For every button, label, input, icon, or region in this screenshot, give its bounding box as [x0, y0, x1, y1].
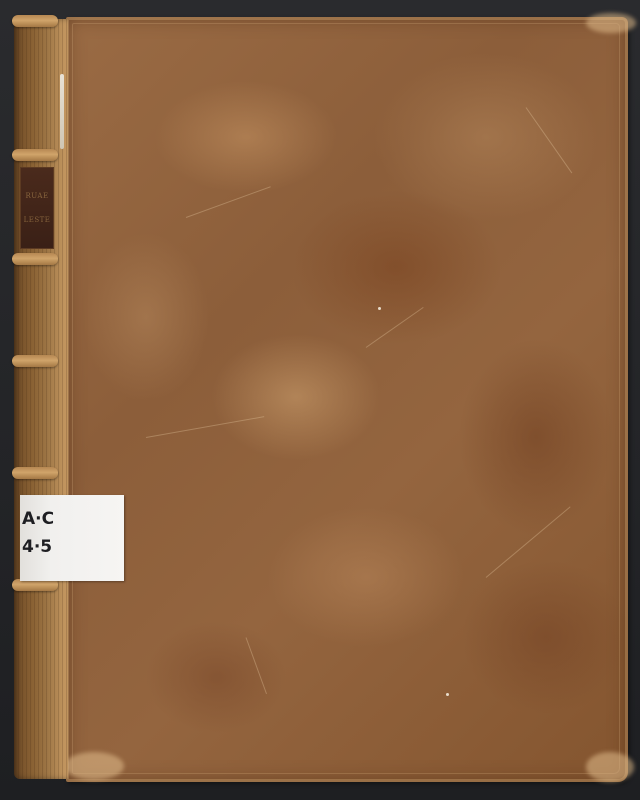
spine-band — [12, 149, 58, 161]
surface-pit — [446, 693, 449, 696]
front-cover — [66, 17, 628, 782]
spine-title-line: LESTE — [24, 216, 51, 224]
spine-title-label: RUAE LESTE — [20, 167, 54, 249]
corner-wear — [586, 752, 634, 782]
book: RUAE LESTE A·C 4·5 — [12, 17, 628, 782]
spine-band — [12, 355, 58, 367]
scratch-mark — [486, 506, 571, 577]
corner-wear — [64, 752, 124, 780]
scratch-mark — [146, 416, 264, 438]
shelf-mark-label: A·C 4·5 — [20, 495, 124, 581]
spine-title-line: RUAE — [25, 192, 48, 200]
spine: RUAE LESTE — [14, 19, 68, 779]
scratch-mark — [526, 107, 573, 173]
hinge-crack — [60, 74, 64, 149]
spine-band — [12, 15, 58, 27]
corner-wear — [586, 13, 636, 33]
scratch-mark — [186, 186, 271, 218]
scratch-mark — [246, 637, 267, 694]
shelf-mark-text: A·C 4·5 — [22, 505, 54, 561]
spine-band — [12, 253, 58, 265]
spine-band — [12, 467, 58, 479]
surface-pit — [378, 307, 381, 310]
scratch-mark — [366, 307, 424, 348]
